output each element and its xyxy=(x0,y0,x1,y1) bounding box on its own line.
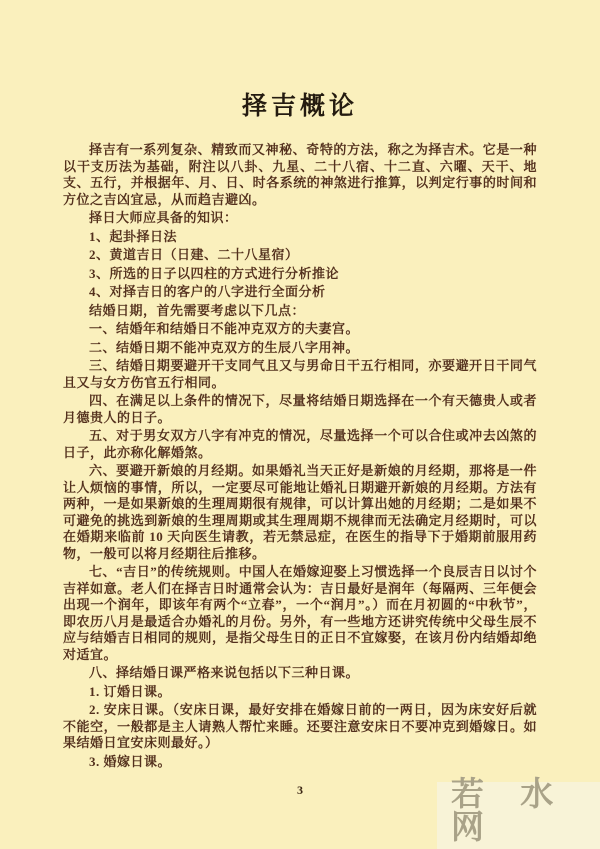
rule-item-6: 六、要避开新娘的月经期。如果婚礼当天正好是新娘的月经期，那将是一件让人烦恼的事情… xyxy=(63,463,537,562)
rule-item-5: 五、对于男女双方八字有冲克的情况，尽量选择一个可以合住或冲去凶煞的日子，此亦称化… xyxy=(63,428,537,461)
list-item-2: 2、黄道吉日（日建、二十八星宿） xyxy=(63,247,537,264)
list-item-4: 4、对择吉日的客户的八字进行全面分析 xyxy=(63,284,537,301)
rule-item-7: 七、“吉日”的传统规则。中国人在婚嫁迎娶上习惯选择一个良辰吉日以讨个吉祥如意。老… xyxy=(63,564,537,663)
paragraph-intro: 择吉有一系列复杂、精致而又神秘、奇特的方法，称之为择吉术。它是一种以干支历法为基… xyxy=(63,142,537,208)
list-item-3: 3、所选的日子以四柱的方式进行分析推论 xyxy=(63,266,537,283)
sublist-item-3: 3. 婚嫁日课。 xyxy=(63,754,537,771)
page-title: 择吉概论 xyxy=(63,86,537,122)
rule-item-8: 八、择结婚日课严格来说包括以下三种日课。 xyxy=(63,665,537,682)
rule-item-4: 四、在满足以上条件的情况下，尽量将结婚日期选择在一个有天德贵人或者月德贵人的日子… xyxy=(63,393,537,426)
rule-item-2: 二、结婚日期不能冲克双方的生辰八字用神。 xyxy=(63,340,537,357)
sublist-item-2: 2. 安床日课。（安床日课，最好安排在婚嫁日前的一两日，因为床安好后就不能空，一… xyxy=(63,702,537,752)
watermark: 若 水 网 xyxy=(437,782,600,849)
list-item-1: 1、起卦择日法 xyxy=(63,229,537,246)
document-page: 择吉概论 择吉有一系列复杂、精致而又神秘、奇特的方法，称之为择吉术。它是一种以干… xyxy=(0,0,600,849)
rule-item-3: 三、结婚日期要避开干支同气且又与男命日干五行相同，亦要避开日干同气且又与女方伤官… xyxy=(63,358,537,391)
paragraph-knowledge: 择日大师应具备的知识： xyxy=(63,210,537,227)
sublist-item-1: 1. 订婚日课。 xyxy=(63,684,537,701)
rule-item-1: 一、结婚年和结婚日不能冲克双方的夫妻宫。 xyxy=(63,321,537,338)
watermark-text: 若 水 网 xyxy=(437,779,600,845)
document-body: 择吉有一系列复杂、精致而又神秘、奇特的方法，称之为择吉术。它是一种以干支历法为基… xyxy=(63,142,537,770)
page-content: 择吉概论 择吉有一系列复杂、精致而又神秘、奇特的方法，称之为择吉术。它是一种以干… xyxy=(63,86,537,772)
paragraph-marriage-intro: 结婚日期，首先需要考虑以下几点： xyxy=(63,303,537,320)
